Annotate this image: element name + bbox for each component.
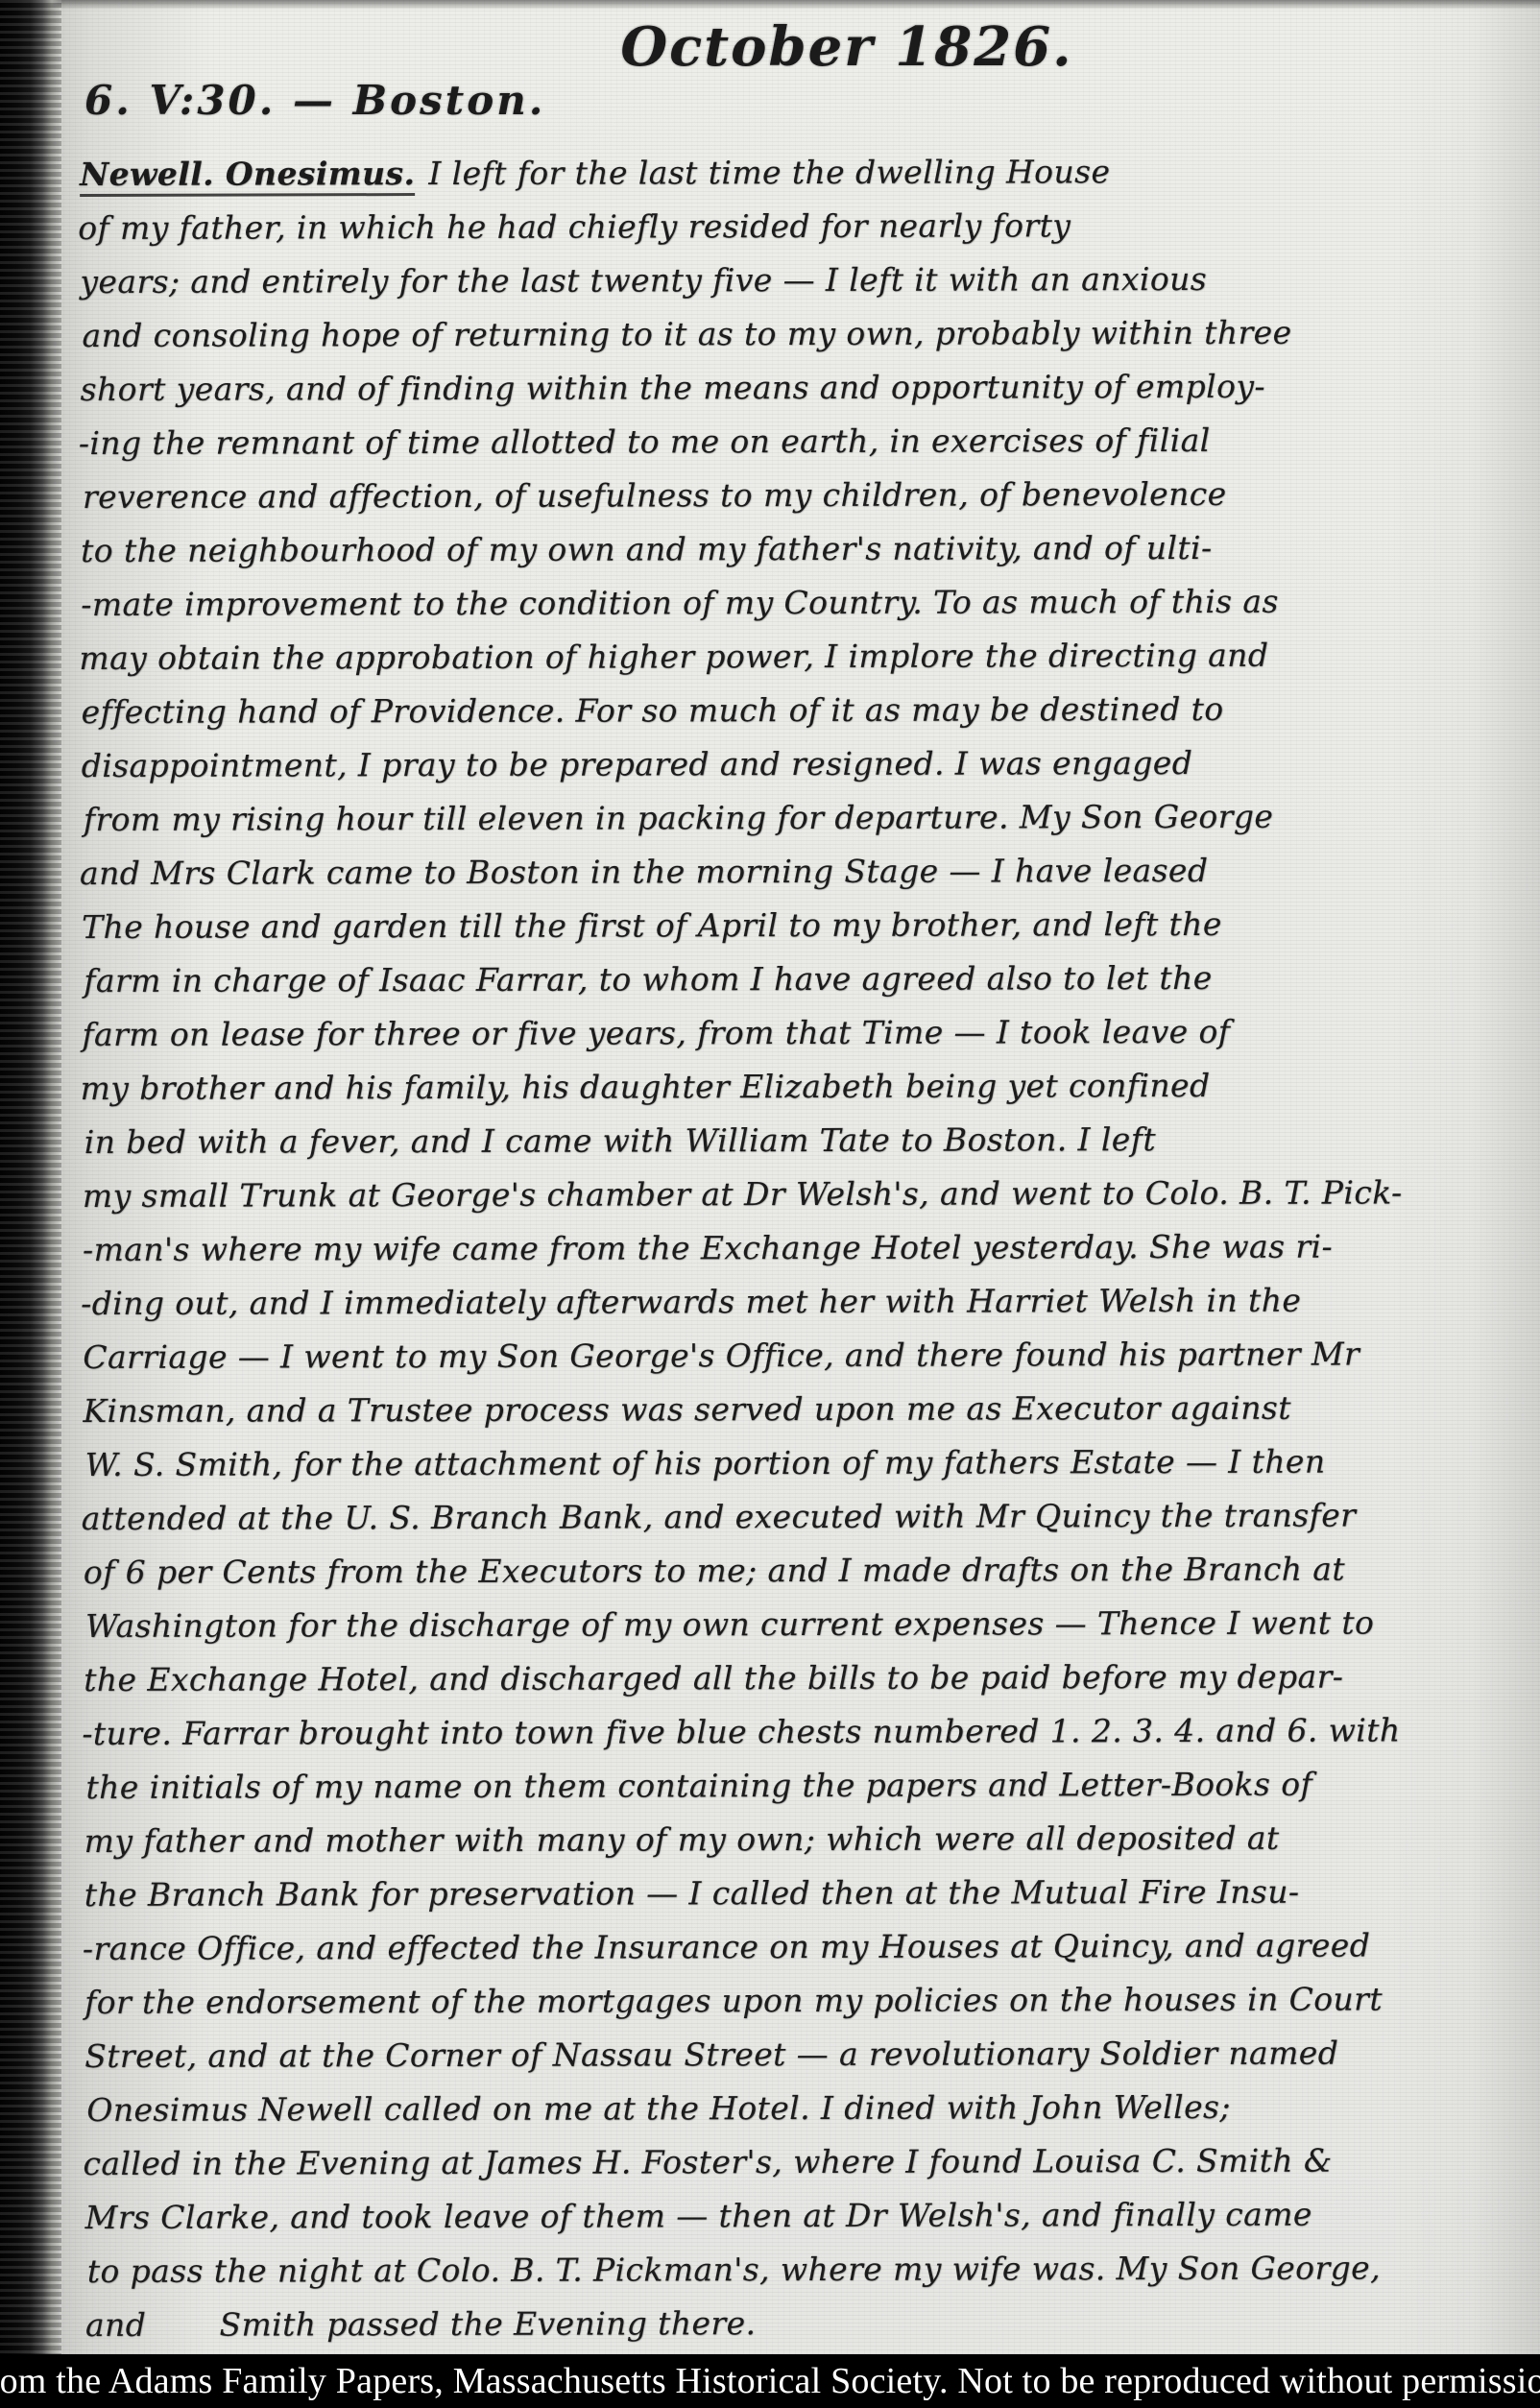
manuscript-line: Onesimus Newell called on me at the Hote… (86, 2080, 1528, 2137)
manuscript-scan-page: October 1826. 6. V:30. — Boston. Newell.… (0, 0, 1540, 2408)
manuscript-line: my father and mother with many of my own… (84, 1811, 1527, 1868)
manuscript-line: may obtain the approbation of higher pow… (79, 628, 1521, 686)
manuscript-line: W. S. Smith, for the attachment of his p… (85, 1434, 1528, 1492)
index-name-underlined: Newell. Onesimus. (80, 155, 415, 197)
manuscript-line: in bed with a fever, and I came with Wil… (84, 1112, 1527, 1169)
entry-date-place-heading: 6. V:30. — Boston. (84, 77, 545, 124)
manuscript-line: and consoling hope of returning to it as… (82, 305, 1524, 363)
manuscript-lines: of my father, in which he had chiefly re… (80, 198, 1528, 2352)
attribution-text: From the Adams Family Papers, Massachuse… (0, 2360, 1540, 2402)
manuscript-line: short years, and of finding within the m… (81, 359, 1523, 417)
manuscript-line: Kinsman, and a Trustee process was serve… (83, 1381, 1525, 1438)
book-binding-spine (0, 0, 61, 2354)
manuscript-line: from my rising hour till eleven in packi… (84, 789, 1526, 847)
manuscript-line: effecting hand of Providence. For so muc… (81, 682, 1523, 739)
manuscript-line: the Branch Bank for preservation — I cal… (84, 1865, 1527, 1922)
month-year-heading: October 1826. (154, 15, 1540, 79)
manuscript-line: and Mrs Clark came to Boston in the morn… (80, 843, 1522, 901)
manuscript-line: -ing the remnant of time allotted to me … (79, 413, 1521, 470)
manuscript-line: my small Trunk at George's chamber at Dr… (83, 1166, 1525, 1223)
manuscript-line: farm in charge of Isaac Farrar, to whom … (84, 951, 1526, 1008)
manuscript-line: and Smith passed the Evening there. (85, 2295, 1528, 2352)
manuscript-line: Street, and at the Corner of Nassau Stre… (84, 2026, 1527, 2083)
manuscript-line: disappointment, I pray to be prepared an… (82, 735, 1524, 793)
manuscript-line: -ding out, and I immediately afterwards … (81, 1273, 1523, 1331)
manuscript-line: the initials of my name on them containi… (85, 1757, 1528, 1815)
manuscript-line: years; and entirely for the last twenty … (80, 252, 1522, 309)
manuscript-line: to the neighbourhood of my own and my fa… (81, 520, 1523, 578)
manuscript-line: -rance Office, and effected the Insuranc… (83, 1918, 1525, 1976)
manuscript-line: attended at the U. S. Branch Bank, and e… (82, 1488, 1524, 1546)
manuscript-line: Mrs Clarke, and took leave of them — the… (85, 2187, 1528, 2245)
manuscript-line: reverence and affection, of usefulness t… (83, 467, 1525, 524)
manuscript-line: -man's where my wife came from the Excha… (83, 1219, 1525, 1277)
manuscript-line: -mate improvement to the condition of my… (81, 574, 1523, 632)
manuscript-line: of my father, in which he had chiefly re… (78, 198, 1520, 255)
manuscript-line: The house and garden till the first of A… (82, 897, 1524, 954)
manuscript-line: farm on lease for three or five years, f… (82, 1004, 1524, 1062)
manuscript-line: -ture. Farrar brought into town five blu… (82, 1703, 1524, 1761)
manuscript-line-text: I left for the last time the dwelling Ho… (428, 153, 1110, 192)
diary-entry-body: Newell. Onesimus.I left for the last tim… (80, 144, 1528, 2352)
manuscript-line: Washington for the discharge of my own c… (85, 1596, 1528, 1653)
manuscript-line: for the endorsement of the mortgages upo… (84, 1972, 1527, 2030)
manuscript-first-line: Newell. Onesimus.I left for the last tim… (80, 144, 1522, 202)
manuscript-line: my brother and his family, his daughter … (80, 1058, 1522, 1116)
manuscript-line: to pass the night at Colo. B. T. Pickman… (87, 2241, 1529, 2299)
manuscript-line: of 6 per Cents from the Executors to me;… (84, 1542, 1526, 1600)
manuscript-line: Carriage — I went to my Son George's Off… (83, 1327, 1525, 1385)
manuscript-line: the Exchange Hotel, and discharged all t… (84, 1649, 1526, 1707)
attribution-bar: From the Adams Family Papers, Massachuse… (0, 2354, 1540, 2408)
manuscript-line: called in the Evening at James H. Foster… (83, 2133, 1525, 2191)
